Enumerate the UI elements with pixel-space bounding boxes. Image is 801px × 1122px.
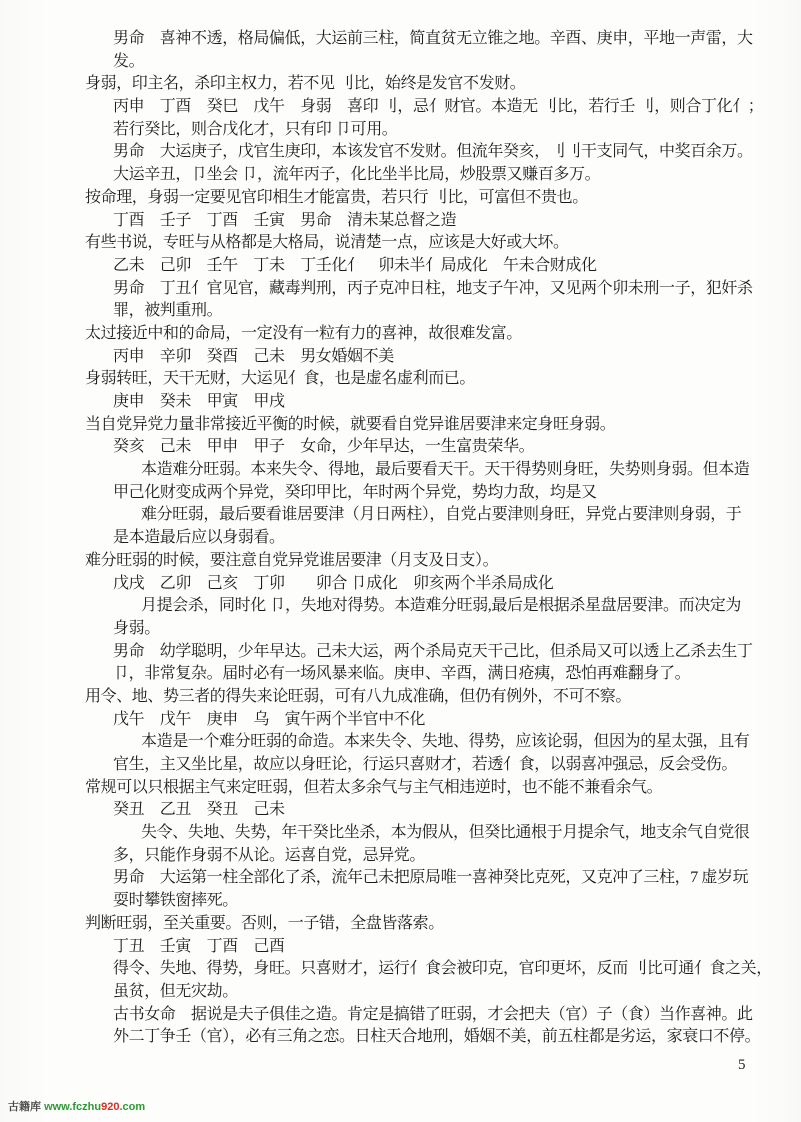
text-line: 卩，非常复杂。届时必有一场风暴来临。庚申、辛酉，满日疮痍，恐怕再难翻身了。 [0, 663, 801, 686]
text-line: 戊戌 乙卯 己亥 丁卯 卯合 卩成化 卯亥两个半杀局成化 [0, 573, 801, 596]
scanned-book-page: 男命 喜神不透，格局偏低，大运前三柱，简直贫无立锥之地。辛酉、庚申，平地一声雷，… [0, 0, 801, 1122]
text-line: 乙未 己卯 壬午 丁未 丁壬化亻 卯未半亻局成化 午未合财成化 [0, 255, 801, 278]
text-line: 男命 幼学聪明，少年早达。己未大运，两个杀局克天干己比，但杀局又可以透上乙杀去生… [0, 641, 801, 664]
text-line: 耍时攀铁窗摔死。 [0, 890, 801, 913]
text-line: 是本造最后应以身弱看。 [0, 527, 801, 550]
watermark-url-part1: www.fczhu [44, 1101, 101, 1113]
text-line: 官生，主又坐比星，故应以身旺论，行运只喜财才，若透亻食，以弱喜冲强忌，反会受伤。 [0, 754, 801, 777]
text-line: 难分旺弱，最后要看谁居要津（月日两柱），自党占要津则身旺，异党占要津则身弱，于 [0, 504, 801, 527]
text-line: 癸丑 乙丑 癸丑 己未 [0, 799, 801, 822]
watermark-site-name: 古籍库 [8, 1101, 44, 1113]
page-text-block: 男命 喜神不透，格局偏低，大运前三柱，简直贫无立锥之地。辛酉、庚申，平地一声雷，… [0, 28, 801, 1049]
watermark: 古籍库 www.fczhu920.com [8, 1098, 145, 1114]
text-line: 按命理，身弱一定要见官印相生才能富贵，若只行 刂比，可富但不贵也。 [0, 187, 801, 210]
text-line: 有些书说，专旺与从格都是大格局，说清楚一点，应该是大好或大坏。 [0, 232, 801, 255]
text-line: 得令、失地、得势，身旺。只喜财才，运行亻食会被印克，官印更坏，反而 刂比可通亻食… [0, 958, 801, 981]
text-line: 虽贫，但无灾劫。 [0, 981, 801, 1004]
text-line: 男命 丁丑亻官见官，藏毒判刑，丙子克冲日柱，地支子午冲，又见两个卯未刑一子，犯奸… [0, 278, 801, 301]
text-line: 本造是一个难分旺弱的命造。本来失令、失地、得势，应该论弱，但因为的星太强，且有 [0, 731, 801, 754]
text-line: 大运辛丑，卩坐会 卩，流年丙子，化比坐半比局，炒股票又赚百多万。 [0, 164, 801, 187]
text-line: 癸亥 己未 甲申 甲子 女命，少年早达，一生富贵荣华。 [0, 436, 801, 459]
text-line: 常规可以只根据主气来定旺弱，但若太多余气与主气相违逆时，也不能不兼看余气。 [0, 777, 801, 800]
watermark-url-part3: .com [119, 1101, 145, 1113]
text-line: 古书女命 据说是夫子俱佳之造。肯定是搞错了旺弱，才会把夫（官）子（食）当作喜神。… [0, 1004, 801, 1027]
text-line: 甲己化财变成两个异党，癸印甲比，年时两个异党，势均力敌，均是又 [0, 482, 801, 505]
text-line: 多，只能作身弱不从论。运喜自党，忌异党。 [0, 845, 801, 868]
text-line: 丙申 丁酉 癸巳 戊午 身弱 喜印 刂，忌亻财官。本造无 刂比，若行壬 刂，则合… [0, 96, 801, 119]
text-line: 身弱，印主名，杀印主权力，若不见 刂比，始终是发官不发财。 [0, 73, 801, 96]
text-line: 丙申 辛卯 癸酉 己未 男女婚姻不美 [0, 346, 801, 369]
text-line: 若行癸比，则合戊化才，只有印 卩可用。 [0, 119, 801, 142]
text-line: 本造难分旺弱。本来失令、得地，最后要看天干。天干得势则身旺，失势则身弱。但本造 [0, 459, 801, 482]
text-line: 丁酉 壬子 丁酉 壬寅 男命 清未某总督之造 [0, 210, 801, 233]
text-line: 男命 喜神不透，格局偏低，大运前三柱，简直贫无立锥之地。辛酉、庚申，平地一声雷，… [0, 28, 801, 51]
text-line: 失令、失地、失势，年干癸比坐杀，本为假从，但癸比通根于月提余气，地支余气自党很 [0, 822, 801, 845]
text-line: 罪，被判重刑。 [0, 300, 801, 323]
watermark-url-part2: 920 [101, 1101, 119, 1113]
text-line: 发。 [0, 51, 801, 74]
text-line: 当自党异党力量非常接近平衡的时候，就要看自党异谁居要津来定身旺身弱。 [0, 414, 801, 437]
text-line: 男命 大运庚子，戊官生庚印，本该发官不发财。但流年癸亥，刂刂干支同气，中奖百余万… [0, 141, 801, 164]
text-line: 月提会杀，同时化 卩，失地对得势。本造难分旺弱,最后是根据杀星盘居要津。而决定为 [0, 595, 801, 618]
text-line: 身弱转旺，天干无财，大运见亻食，也是虚名虚利而已。 [0, 368, 801, 391]
text-line: 身弱。 [0, 618, 801, 641]
text-line: 难分旺弱的时候，要注意自党异党谁居要津（月支及日支）。 [0, 550, 801, 573]
text-line: 外二丁争壬（官），必有三角之恋。日柱天合地刑，婚姻不美，前五柱都是劣运，家衰口不… [0, 1026, 801, 1049]
text-line: 丁丑 壬寅 丁酉 己酉 [0, 936, 801, 959]
text-line: 用令、地、势三者的得失来论旺弱，可有八九成准确，但仍有例外，不可不察。 [0, 686, 801, 709]
text-line: 庚申 癸未 甲寅 甲戌 [0, 391, 801, 414]
text-line: 男命 大运第一柱全部化了杀，流年己未把原局唯一喜神癸比克死，又克冲了三柱，7 虚… [0, 867, 801, 890]
text-line: 太过接近中和的命局，一定没有一粒有力的喜神，故很难发富。 [0, 323, 801, 346]
text-line: 戊午 戊午 庚申 乌 寅午两个半官中不化 [0, 709, 801, 732]
page-number: 5 [738, 1057, 746, 1074]
text-line: 判断旺弱，至关重要。否则，一子错，全盘皆落索。 [0, 913, 801, 936]
